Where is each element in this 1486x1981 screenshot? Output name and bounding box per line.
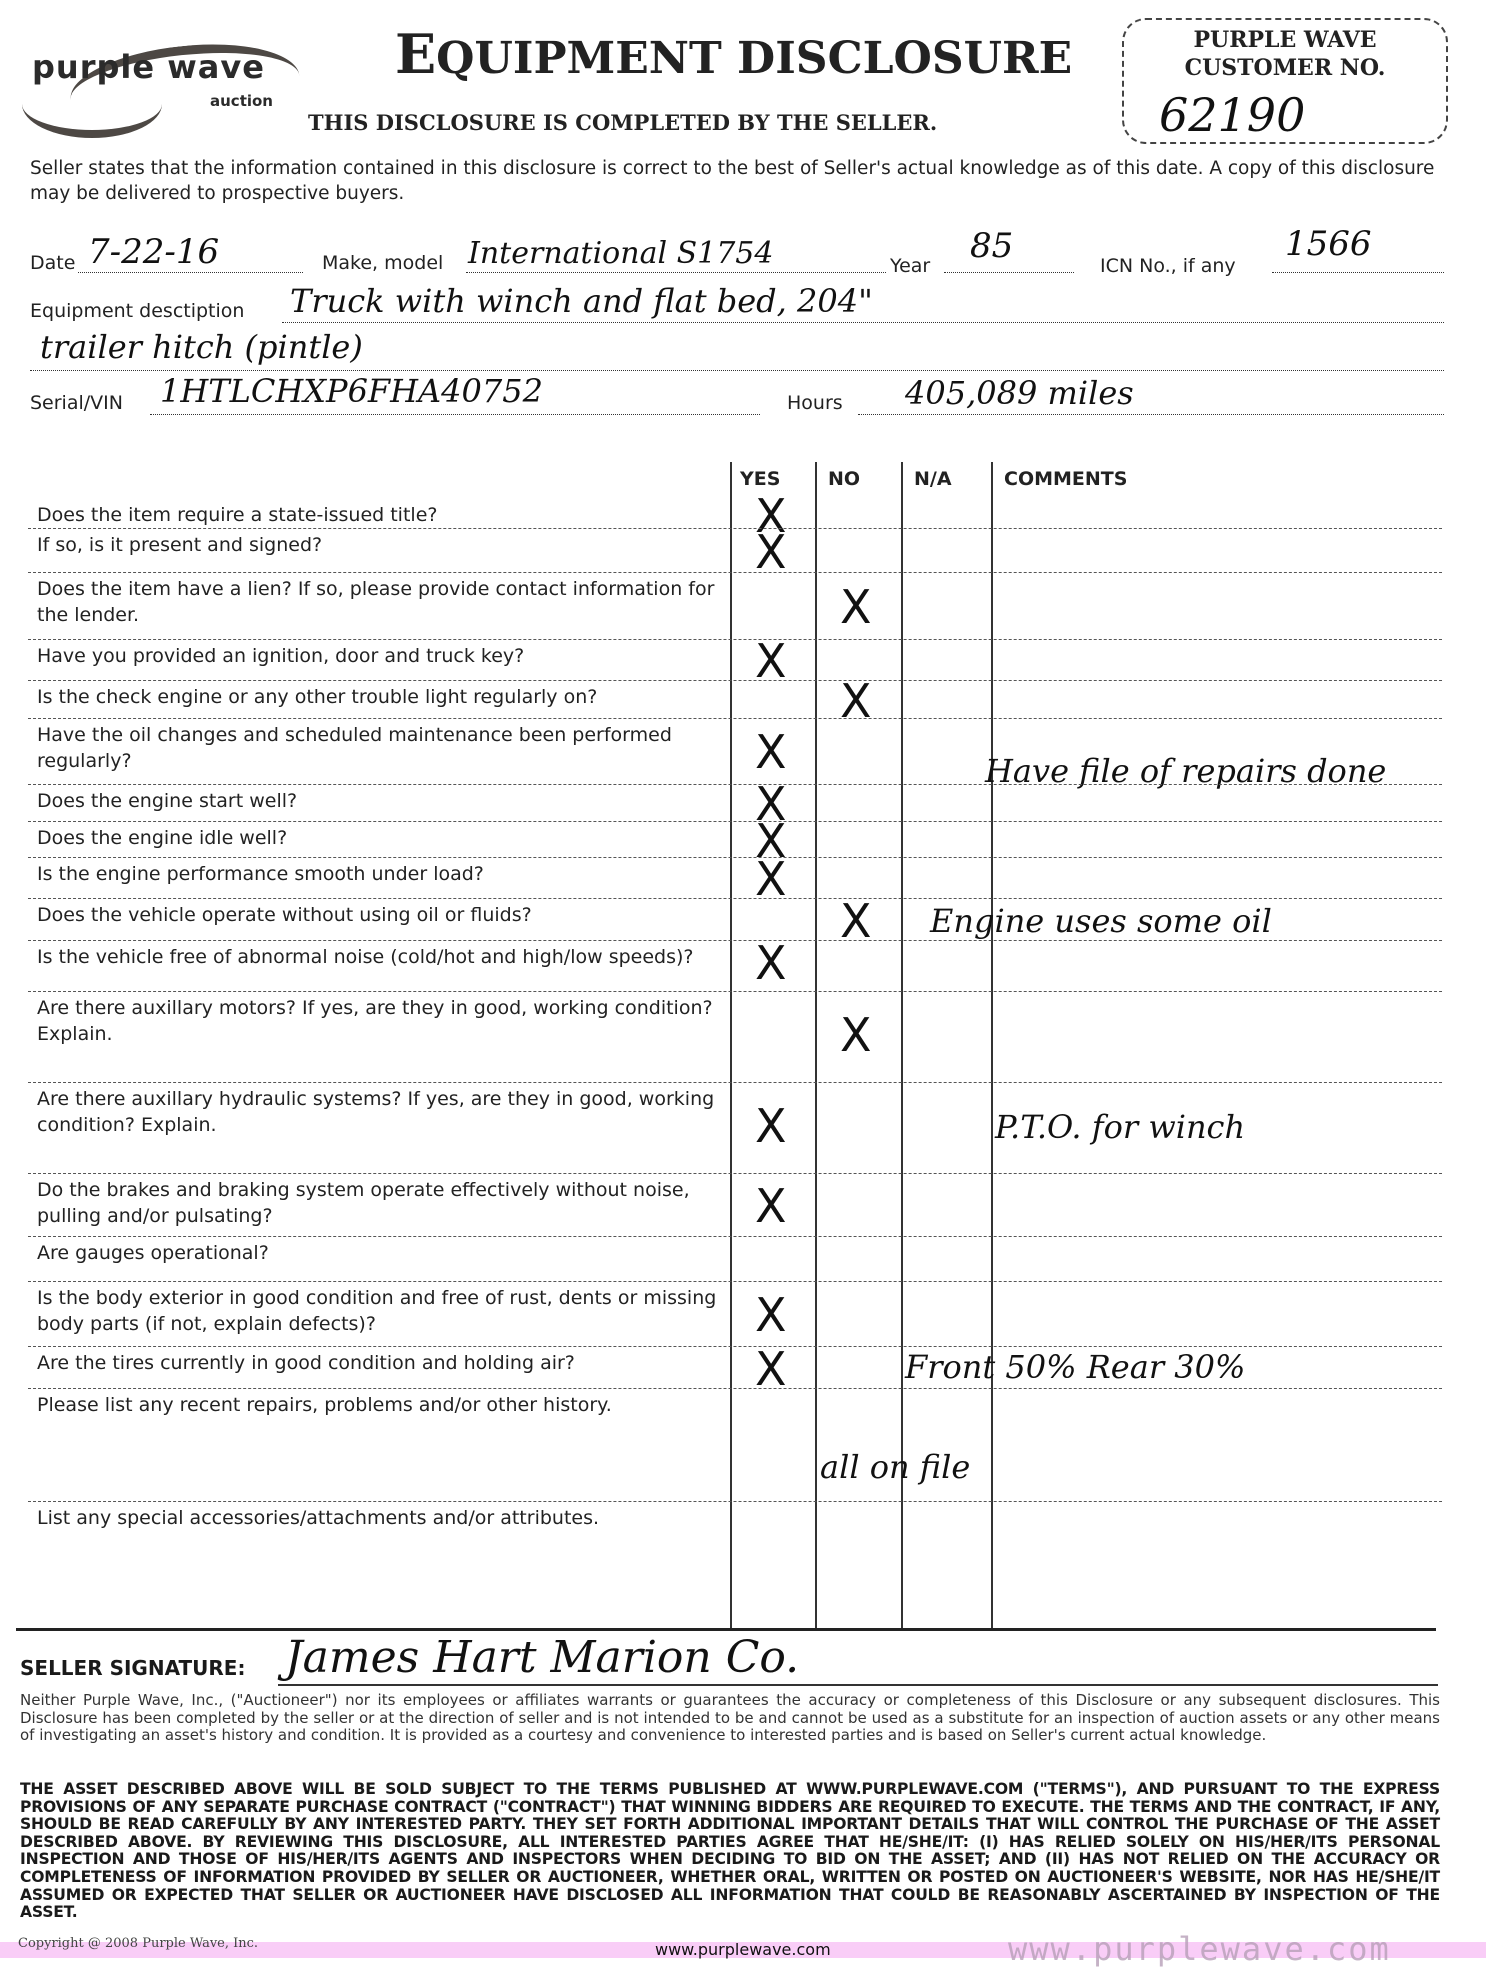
answer-yes-checkbox[interactable] (755, 1236, 811, 1282)
answer-na-checkbox[interactable] (925, 1183, 981, 1229)
customer-number-box: PURPLE WAVE CUSTOMER NO. 62190 (1122, 18, 1448, 144)
comment-field[interactable]: Front 50% Rear 30% (905, 1348, 1245, 1386)
answer-na-checkbox[interactable] (925, 856, 981, 902)
row-separator (28, 821, 1442, 822)
column-header-comments: COMMENTS (1004, 468, 1127, 490)
question-text: Are there auxillary motors? If yes, are … (37, 995, 717, 1047)
equipment-description-line-1 (282, 322, 1444, 323)
row-separator (28, 1281, 1442, 1282)
answer-no-checkbox[interactable] (840, 1292, 896, 1338)
answer-yes-checkbox[interactable] (755, 584, 811, 630)
question-text: Is the vehicle free of abnormal noise (c… (37, 944, 717, 970)
answer-na-checkbox[interactable] (925, 584, 981, 630)
answer-yes-checkbox-checked[interactable]: X (755, 1103, 811, 1149)
answer-no-checkbox-checked[interactable]: X (840, 1012, 896, 1058)
disclaimer-text: Neither Purple Wave, Inc., ("Auctioneer"… (20, 1692, 1440, 1745)
logo-sub: auction (210, 92, 273, 110)
serial-vin-line (150, 414, 760, 415)
answer-no-checkbox[interactable] (840, 1103, 896, 1149)
answer-na-checkbox[interactable] (925, 1103, 981, 1149)
answer-yes-checkbox-checked[interactable]: X (755, 940, 811, 986)
footer-url-link[interactable]: www.purplewave.com (655, 1940, 831, 1959)
serial-vin-label: Serial/VIN (30, 392, 123, 414)
icn-field[interactable]: 1566 (1285, 224, 1372, 264)
equipment-description-field-1[interactable]: Truck with winch and flat bed, 204" (290, 282, 873, 320)
intro-statement: Seller states that the information conta… (30, 156, 1450, 206)
answer-no-checkbox[interactable] (840, 529, 896, 575)
row-separator (28, 898, 1442, 899)
answer-na-checkbox[interactable] (925, 1236, 981, 1282)
question-text: Does the engine start well? (37, 788, 717, 814)
seller-signature-label: SELLER SIGNATURE: (20, 1656, 245, 1680)
answer-yes-checkbox[interactable] (755, 1012, 811, 1058)
year-line (944, 272, 1074, 273)
question-text: Have you provided an ignition, door and … (37, 643, 717, 669)
customer-box-label-1: PURPLE WAVE (1124, 26, 1446, 54)
icn-line (1272, 272, 1444, 273)
seller-signature-line (278, 1684, 1438, 1686)
comment-field[interactable]: P.T.O. for winch (995, 1108, 1245, 1146)
answer-yes-checkbox-checked[interactable]: X (755, 856, 811, 902)
serial-vin-field[interactable]: 1HTLCHXP6FHA40752 (160, 372, 543, 410)
question-text: If so, is it present and signed? (37, 532, 717, 558)
icn-label: ICN No., if any (1100, 255, 1236, 277)
equipment-description-field-2[interactable]: trailer hitch (pintle) (40, 328, 363, 366)
question-text: Does the item have a lien? If so, please… (37, 576, 717, 628)
equipment-description-line-2 (30, 370, 1444, 371)
year-label: Year (890, 255, 930, 277)
question-text: Does the vehicle operate without using o… (37, 902, 717, 928)
hours-label: Hours (787, 392, 843, 414)
column-divider-comments (991, 462, 993, 1630)
question-text: Does the item require a state-issued tit… (37, 502, 717, 528)
equipment-description-label: Equipment desctiption (30, 300, 244, 322)
answer-no-checkbox[interactable] (840, 940, 896, 986)
question-text: Are there auxillary hydraulic systems? I… (37, 1086, 717, 1138)
purple-wave-logo: purple wave auction (30, 40, 300, 120)
question-text: Does the engine idle well? (37, 825, 717, 851)
answer-yes-checkbox-checked[interactable]: X (755, 1292, 811, 1338)
answer-no-checkbox-checked[interactable]: X (840, 584, 896, 630)
date-label: Date (30, 252, 75, 274)
answer-yes-checkbox[interactable] (755, 1420, 811, 1466)
row-separator (28, 991, 1442, 992)
question-text: List any special accessories/attachments… (37, 1505, 717, 1531)
copyright-text: Copyright @ 2008 Purple Wave, Inc. (18, 1936, 258, 1951)
column-header-yes: YES (740, 468, 780, 490)
answer-no-checkbox[interactable] (840, 1529, 896, 1575)
question-text: Are the tires currently in good conditio… (37, 1350, 717, 1376)
row-separator (28, 718, 1442, 719)
answer-no-checkbox[interactable] (840, 1236, 896, 1282)
question-text: Please list any recent repairs, problems… (37, 1392, 717, 1418)
answer-na-checkbox[interactable] (925, 940, 981, 986)
question-text: Is the engine performance smooth under l… (37, 861, 717, 887)
answer-na-checkbox[interactable] (925, 1012, 981, 1058)
answer-yes-checkbox-checked[interactable]: X (755, 729, 811, 775)
column-header-na: N/A (914, 468, 952, 490)
row-separator (28, 680, 1442, 681)
logo-name: purple wave (32, 48, 265, 86)
date-field[interactable]: 7-22-16 (88, 232, 219, 272)
row-separator (28, 1388, 1442, 1389)
hours-field[interactable]: 405,089 miles (905, 374, 1134, 412)
page-subtitle: THIS DISCLOSURE IS COMPLETED BY THE SELL… (308, 110, 937, 135)
page-title: EQUIPMENT DISCLOSURE (395, 22, 1072, 86)
question-text: Is the check engine or any other trouble… (37, 684, 717, 710)
row-separator (28, 1173, 1442, 1174)
seller-signature-field[interactable]: James Hart Marion Co. (285, 1632, 799, 1683)
question-text: Is the body exterior in good condition a… (37, 1285, 717, 1337)
answer-yes-checkbox-checked[interactable]: X (755, 529, 811, 575)
terms-text: THE ASSET DESCRIBED ABOVE WILL BE SOLD S… (20, 1781, 1440, 1922)
customer-box-label-2: CUSTOMER NO. (1124, 54, 1446, 82)
answer-na-checkbox[interactable] (925, 1529, 981, 1575)
row-separator (28, 639, 1442, 640)
answer-yes-checkbox-checked[interactable]: X (755, 1346, 811, 1392)
make-model-label: Make, model (322, 252, 443, 274)
question-text: Do the brakes and braking system operate… (37, 1177, 717, 1229)
hours-line (858, 414, 1444, 415)
footer-watermark: www.purplewave.com (1008, 1930, 1391, 1968)
row-separator (28, 572, 1442, 573)
make-model-field[interactable]: International S1754 (468, 236, 773, 271)
answer-yes-checkbox-checked[interactable]: X (755, 1183, 811, 1229)
year-field[interactable]: 85 (970, 226, 1013, 266)
customer-number-value[interactable]: 62190 (1159, 88, 1305, 142)
answer-no-checkbox[interactable] (840, 1346, 896, 1392)
row-separator (28, 940, 1442, 941)
question-text: Are gauges operational? (37, 1240, 717, 1266)
answer-na-checkbox[interactable] (925, 729, 981, 775)
comment-field[interactable]: Engine uses some oil (930, 902, 1272, 940)
column-header-no: NO (828, 468, 860, 490)
answer-na-checkbox[interactable] (925, 529, 981, 575)
answer-yes-checkbox[interactable] (755, 1529, 811, 1575)
row-separator (28, 857, 1442, 858)
answer-no-checkbox[interactable] (840, 1183, 896, 1229)
answer-no-checkbox[interactable] (840, 729, 896, 775)
row-separator (28, 1082, 1442, 1083)
row-separator (28, 1501, 1442, 1502)
row-separator (28, 528, 1442, 529)
answer-na-checkbox[interactable] (925, 1292, 981, 1338)
column-divider-yes (730, 462, 732, 1630)
answer-no-checkbox-checked[interactable]: X (840, 898, 896, 944)
column-divider-no (815, 462, 817, 1630)
row-separator (28, 784, 1442, 785)
row-separator (28, 1346, 1442, 1347)
date-field-line (78, 272, 303, 273)
table-bottom-rule (16, 1628, 1436, 1631)
question-text: Have the oil changes and scheduled maint… (37, 722, 717, 774)
comment-field[interactable]: all on file (820, 1448, 970, 1486)
row-separator (28, 1236, 1442, 1237)
make-model-line (466, 272, 886, 273)
